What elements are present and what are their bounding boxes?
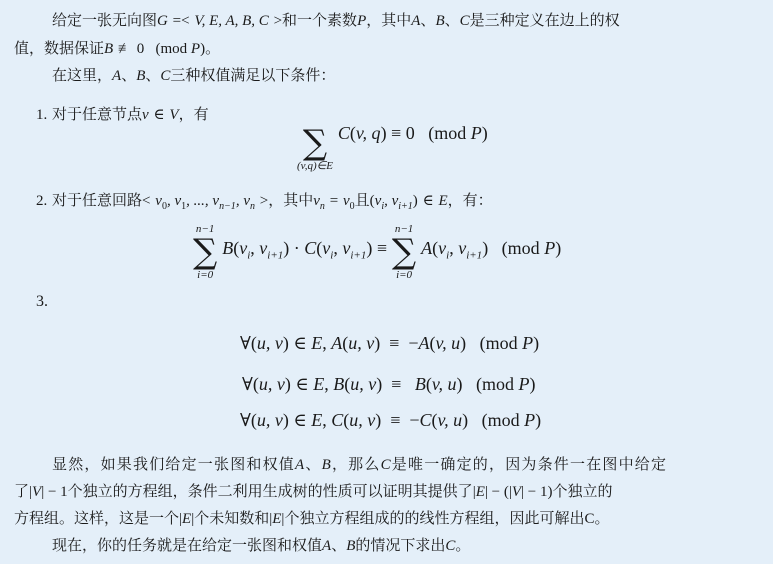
condition-3-formula-b: ∀(u, v) ∈ E, B(u, v) ≡ B(v, u) (mod P) xyxy=(242,374,536,395)
conclusion-line-1: 显然，如果我们给定一张图和权值A、B，那么C是唯一确定的，因为条件一在图中给定 xyxy=(52,453,667,474)
intro-line-1: 给定一张无向图G =< V, E, A, B, C >和一个素数P，其中A、B、… xyxy=(52,9,620,30)
condition-3-formula-a: ∀(u, v) ∈ E, A(u, v) ≡ −A(v, u) (mod P) xyxy=(240,333,539,354)
summation-left: n−1 ∑ i=0 xyxy=(193,223,217,281)
condition-1-formula: ∑ (v,q)∈E C(v, q) ≡ 0 (mod P) xyxy=(297,123,488,172)
summation: ∑ (v,q)∈E xyxy=(297,126,333,172)
condition-3-number: 3. xyxy=(36,293,48,311)
summation-right: n−1 ∑ i=0 xyxy=(392,223,416,281)
intro-line-2: 值，数据保证B ≢ 0 (mod P)。 xyxy=(14,37,220,58)
condition-2-formula: n−1 ∑ i=0 B(vi, vi+1) · C(vi, vi+1) ≡ n−… xyxy=(193,223,561,281)
conclusion-line-3: 方程组。这样，这是一个|E|个未知数和|E|个独立方程组成的的线性方程组，因此可… xyxy=(14,507,609,528)
conclusion-line-4: 现在，你的任务就是在给定一张图和权值A、B的情况下求出C。 xyxy=(52,534,470,555)
conclusion-line-2: 了|V| − 1个独立的方程组，条件二利用生成树的性质可以证明其提供了|E| −… xyxy=(14,480,613,501)
condition-1-text: 1. 对于任意节点v ∈ V，有 xyxy=(36,103,209,124)
intro-line-3: 在这里，A、B、C三种权值满足以下条件： xyxy=(52,64,335,85)
condition-2-text: 2. 对于任意回路< v0, v1, ..., vn−1, vn >，其中vn … xyxy=(36,189,493,212)
condition-3-formula-c: ∀(u, v) ∈ E, C(u, v) ≡ −C(v, u) (mod P) xyxy=(240,410,541,431)
